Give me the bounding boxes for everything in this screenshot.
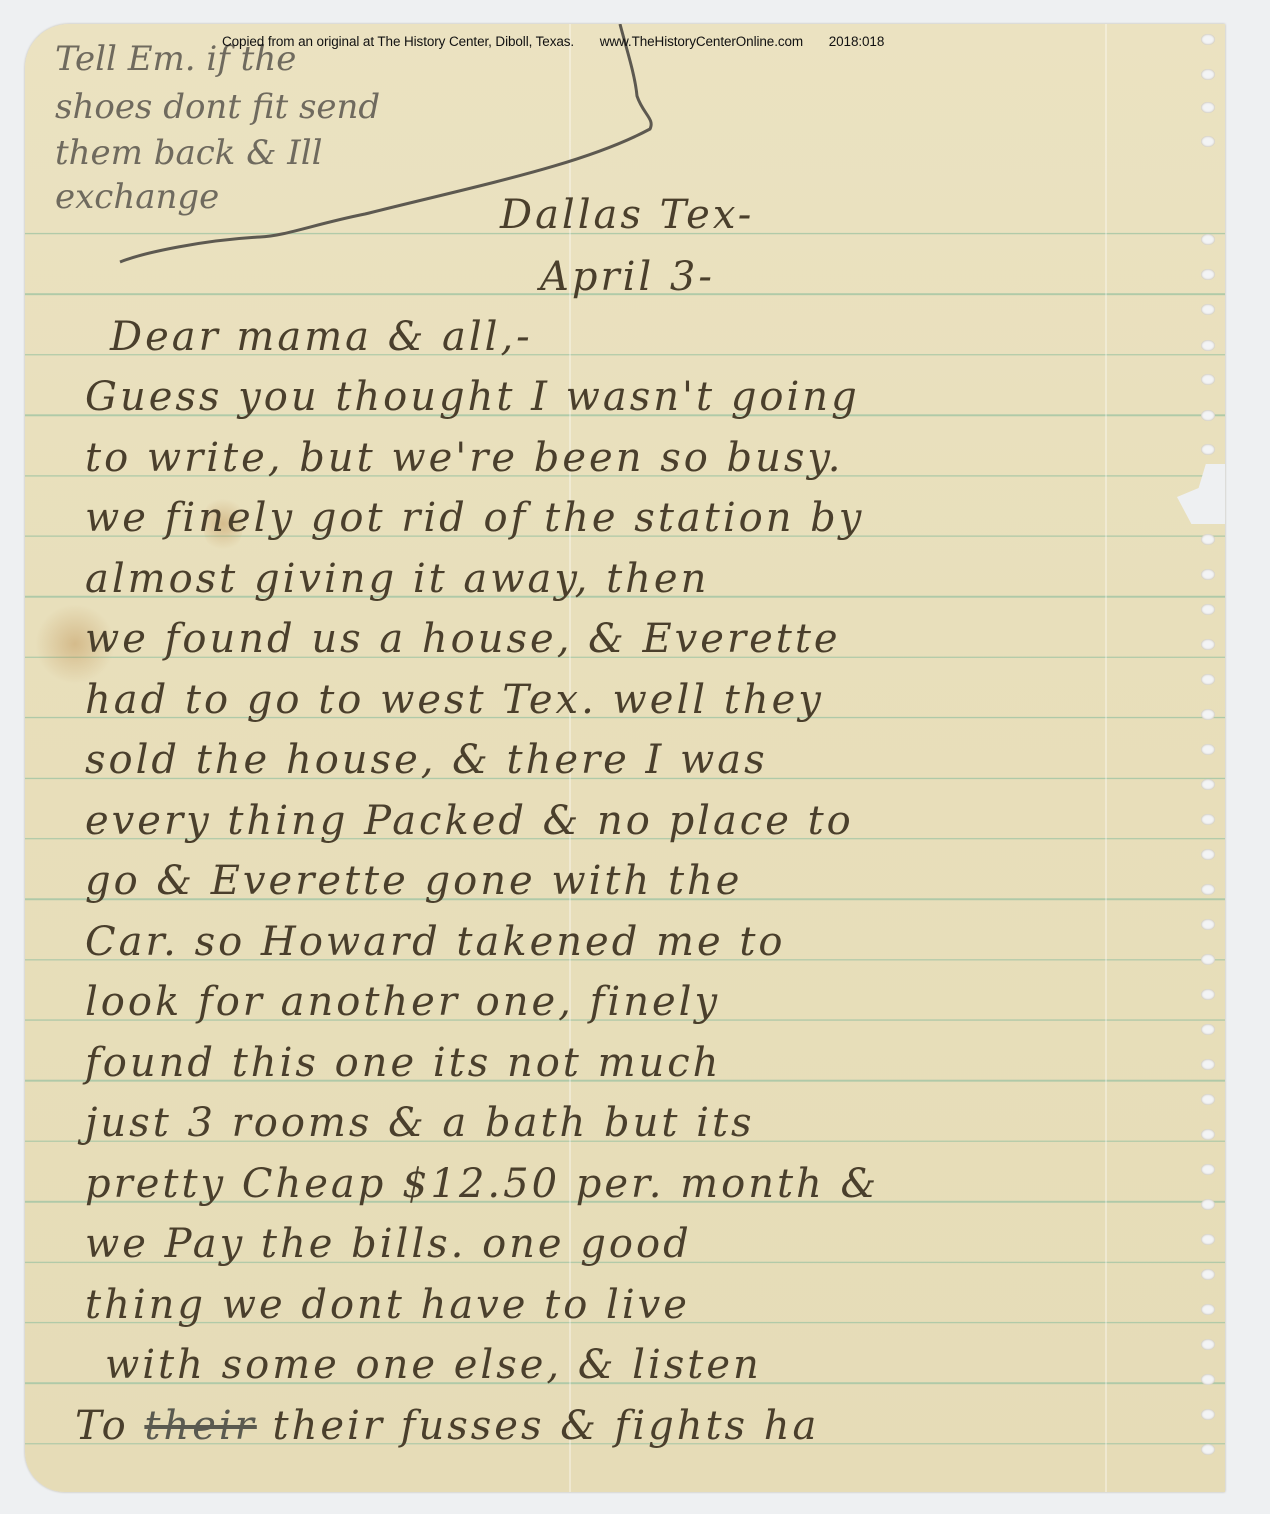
archive-website: www.TheHistoryCenterOnline.com <box>600 34 803 49</box>
body-line: Car. so Howard takened me to <box>85 919 785 965</box>
body-line: found this one its not much <box>85 1040 721 1086</box>
body-line: Guess you thought I wasn't going <box>85 374 860 420</box>
letter-page: Tell Em. if the shoes dont fit send them… <box>25 24 1225 1492</box>
body-line: every thing Packed & no place to <box>85 798 854 844</box>
letter-place: Dallas Tex- <box>500 192 754 238</box>
body-line-last: To their their fusses & fights ha <box>75 1403 819 1449</box>
struck-word: their <box>144 1403 256 1449</box>
body-line: sold the house, & there I was <box>85 737 768 783</box>
last-line-rest: their fusses & fights ha <box>273 1403 820 1449</box>
body-line: look for another one, finely <box>85 979 720 1025</box>
perforated-edge <box>1189 24 1219 1492</box>
body-line: pretty Cheap $12.50 per. month & <box>85 1161 879 1207</box>
body-line: thing we dont have to live <box>85 1282 690 1328</box>
archive-stamp: Copied from an original at The History C… <box>222 34 906 49</box>
archive-accession: 2018:018 <box>829 34 885 49</box>
margin-note-line: exchange <box>55 180 219 214</box>
letter-date: April 3- <box>540 254 715 300</box>
body-line: almost giving it away, then <box>85 556 709 602</box>
last-line-prefix: To <box>75 1403 129 1449</box>
body-line: just 3 rooms & a bath but its <box>85 1100 755 1146</box>
body-line: we found us a house, & Everette <box>85 616 841 662</box>
salutation: Dear mama & all,- <box>110 314 533 360</box>
margin-note-line: them back & Ill <box>55 136 322 170</box>
body-line: had to go to west Tex. well they <box>85 677 824 723</box>
body-line: we Pay the bills. one good <box>85 1221 692 1267</box>
margin-note-line: shoes dont fit send <box>55 90 380 124</box>
body-line: to write, but we're been so busy. <box>85 435 843 481</box>
archive-source: Copied from an original at The History C… <box>222 34 574 49</box>
body-line: we finely got rid of the station by <box>85 495 864 541</box>
body-line: go & Everette gone with the <box>85 858 742 904</box>
body-line: with some one else, & listen <box>105 1342 762 1388</box>
